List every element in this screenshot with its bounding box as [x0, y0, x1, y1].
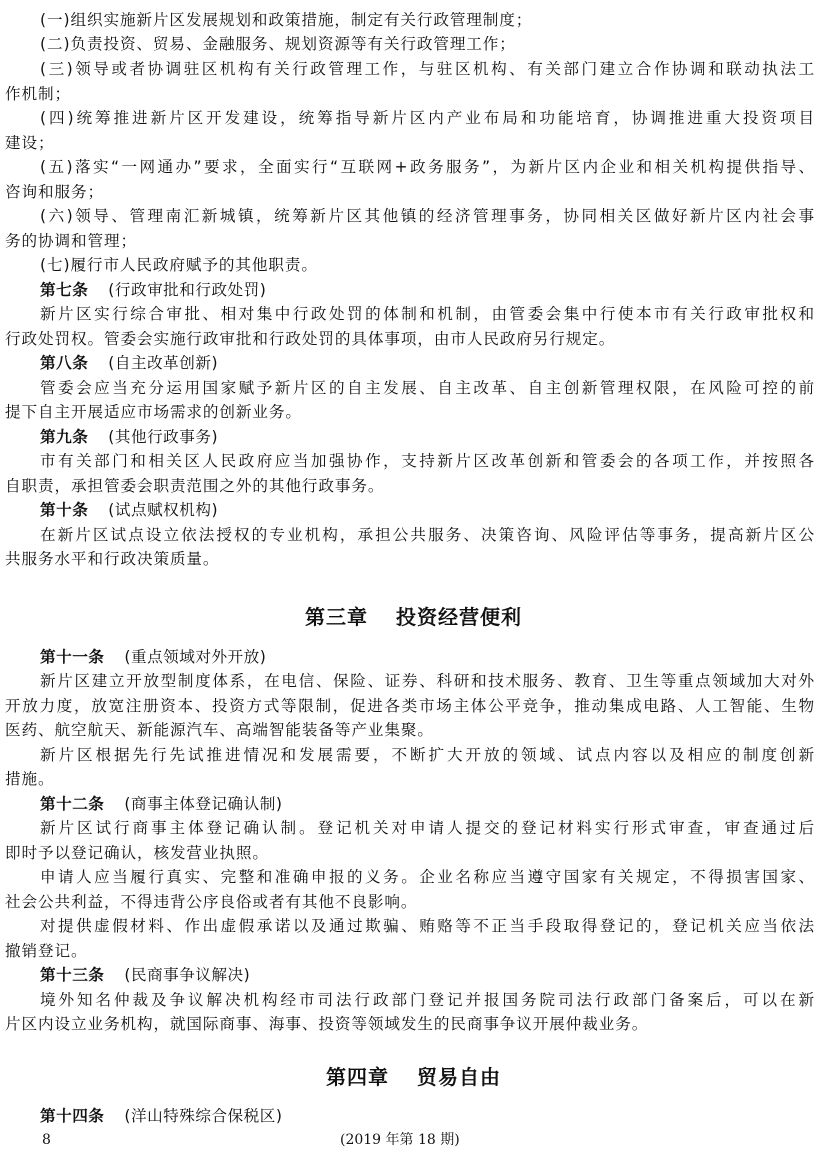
text-line: (五)落实“一网通办”要求，全面实行“互联网+政务服务”，为新片区内企业和相关机… [40, 157, 815, 177]
text-line: (六)领导、管理南汇新城镇，统筹新片区其他镇的经济管理事务，协同相关区做好新片区… [40, 206, 815, 226]
article-number: 第十四条 [40, 1107, 104, 1125]
text-line: 申请人应当履行真实、完整和准确申报的义务。企业名称应当遵守国家有关规定，不得损害… [40, 867, 815, 887]
text-line: 建设； [5, 133, 815, 153]
page-number: 8 [42, 1131, 51, 1149]
text-line: (四)统筹推进新片区开发建设，统筹指导新片区内产业布局和功能培育，协调推进重大投… [40, 108, 815, 128]
text-line: 片区内设立业务机构，就国际商事、海事、投资等领域发生的民商事争议开展仲裁业务。 [5, 1014, 815, 1034]
text-line: 措施。 [5, 769, 815, 789]
article-title: (洋山特殊综合保税区) [124, 1107, 282, 1125]
article-number: 第十二条 [40, 795, 104, 813]
text-line: 新片区根据先行先试推进情况和发展需要，不断扩大开放的领域、试点内容以及相应的制度… [40, 745, 815, 765]
text-line: 务的协调和管理； [5, 231, 815, 251]
article-13-heading: 第十三条(民商事争议解决) [40, 965, 815, 985]
article-14-heading: 第十四条(洋山特殊综合保税区) [40, 1106, 815, 1126]
article-7-heading: 第七条(行政审批和行政处罚) [40, 280, 815, 300]
article-title: (试点赋权机构) [108, 501, 218, 519]
text-line: 提下自主开展适应市场需求的创新业务。 [5, 402, 815, 422]
text-line: 医药、航空航天、新能源汽车、高端智能装备等产业集聚。 [5, 720, 815, 740]
text-line: (一)组织实施新片区发展规划和政策措施，制定有关行政管理制度； [40, 10, 815, 30]
article-number: 第七条 [40, 281, 88, 299]
text-line: 市有关部门和相关区人民政府应当加强协作，支持新片区改革创新和管委会的各项工作，并… [40, 451, 815, 471]
text-line: 管委会应当充分运用国家赋予新片区的自主发展、自主改革、自主创新管理权限，在风险可… [40, 378, 815, 398]
article-9-heading: 第九条(其他行政事务) [40, 427, 815, 447]
chapter-number: 第四章 [326, 1065, 389, 1089]
article-number: 第十三条 [40, 966, 104, 984]
text-line: (七)履行市人民政府赋予的其他职责。 [40, 255, 815, 275]
text-line: 对提供虚假材料、作出虚假承诺以及通过欺骗、贿赂等不正当手段取得登记的，登记机关应… [40, 916, 815, 936]
article-number: 第十一条 [40, 648, 104, 666]
article-title: (行政审批和行政处罚) [108, 281, 266, 299]
text-line: 境外知名仲裁及争议解决机构经市司法行政部门登记并报国务院司法行政部门备案后，可以… [40, 990, 815, 1010]
text-line: 咨询和服务； [5, 182, 815, 202]
text-line: 共服务水平和行政决策质量。 [5, 549, 815, 569]
text-line: 社会公共利益，不得违背公序良俗或者有其他不良影响。 [5, 892, 815, 912]
text-line: 新片区实行综合审批、相对集中行政处罚的体制和机制，由管委会集中行使本市有关行政审… [40, 304, 815, 324]
article-11-heading: 第十一条(重点领域对外开放) [40, 647, 815, 667]
text-line: 自职责，承担管委会职责范围之外的其他行政事务。 [5, 476, 815, 496]
text-line: 新片区建立开放型制度体系，在电信、保险、证券、科研和技术服务、教育、卫生等重点领… [40, 671, 815, 691]
article-title: (自主改革创新) [108, 354, 218, 372]
text-line: 撤销登记。 [5, 941, 815, 961]
text-line: 作机制； [5, 84, 815, 104]
text-line: (三)领导或者协调驻区机构有关行政管理工作，与驻区机构、有关部门建立合作协调和联… [40, 59, 815, 79]
article-title: (民商事争议解决) [124, 966, 250, 984]
article-12-heading: 第十二条(商事主体登记确认制) [40, 794, 815, 814]
chapter-3-heading: 第三章投资经营便利 [0, 604, 827, 630]
chapter-title: 投资经营便利 [396, 605, 522, 629]
article-number: 第十条 [40, 501, 88, 519]
article-10-heading: 第十条(试点赋权机构) [40, 500, 815, 520]
text-line: 开放力度，放宽注册资本、投资方式等限制，促进各类市场主体公平竞争，推动集成电路、… [5, 696, 815, 716]
article-title: (商事主体登记确认制) [124, 795, 282, 813]
article-number: 第九条 [40, 428, 88, 446]
chapter-4-heading: 第四章贸易自由 [0, 1064, 827, 1090]
article-title: (重点领域对外开放) [124, 648, 266, 666]
article-title: (其他行政事务) [108, 428, 218, 446]
issue-label: (2019 年第 18 期) [340, 1131, 460, 1149]
chapter-title: 贸易自由 [417, 1065, 501, 1089]
text-line: 行政处罚权。管委会实施行政审批和行政处罚的具体事项，由市人民政府另行规定。 [5, 329, 815, 349]
text-line: 即时予以登记确认，核发营业执照。 [5, 843, 815, 863]
chapter-number: 第三章 [305, 605, 368, 629]
text-line: (二)负责投资、贸易、金融服务、规划资源等有关行政管理工作； [40, 34, 815, 54]
text-line: 新片区试行商事主体登记确认制。登记机关对申请人提交的登记材料实行形式审查，审查通… [40, 818, 815, 838]
text-line: 在新片区试点设立依法授权的专业机构，承担公共服务、决策咨询、风险评估等事务，提高… [40, 525, 815, 545]
article-8-heading: 第八条(自主改革创新) [40, 353, 815, 373]
article-number: 第八条 [40, 354, 88, 372]
